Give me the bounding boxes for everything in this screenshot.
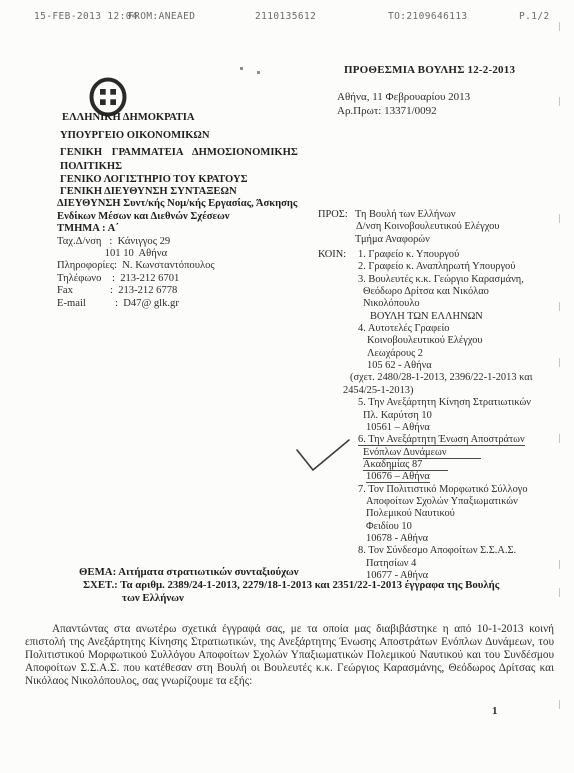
recipient-line: Τη Βουλή των Ελλήνων xyxy=(355,209,570,221)
scan-artifact xyxy=(559,302,560,311)
recipient-line: 2454/25-1-2013) xyxy=(343,385,570,397)
scan-artifact xyxy=(559,700,560,709)
recipient-line: Αποφοίτων Σχολών Υπαξιωματικών xyxy=(366,496,570,508)
recipient-line: 105 62 - Αθήνα xyxy=(367,360,570,372)
handwritten-checkmark-icon xyxy=(294,436,352,478)
recipient-line: 5. Την Ανεξάρτητη Κίνηση Στρατιωτικών xyxy=(358,397,570,409)
recipient-line: 10676 – Αθήνα xyxy=(366,471,570,483)
scan-artifact xyxy=(240,67,243,70)
letterhead-line: Τηλέφωνο : 213-212 6701 xyxy=(57,273,319,285)
scan-artifact xyxy=(559,434,560,443)
page-number: 1 xyxy=(492,705,498,717)
letterhead-line: ΓΕΝΙΚΗ ΔΙΕΥΘΥΝΣΗ ΣΥΝΤΑΞΕΩΝ xyxy=(60,186,319,198)
fax-number: 2110135612 xyxy=(255,11,316,22)
scan-artifact xyxy=(559,358,560,367)
recipient-line: Λεωχάρους 2 xyxy=(367,348,570,360)
letterhead-line: Ταχ.Δ/νση : Κάνιγγος 29 xyxy=(57,236,319,248)
scan-artifact xyxy=(559,214,560,223)
subject-line: των Ελλήνων xyxy=(122,592,557,605)
protocol-number: Αρ.Πρωτ: 13371/0092 xyxy=(337,105,437,117)
fax-page-count: P.1/2 xyxy=(519,11,550,22)
fax-to: TO:2109646113 xyxy=(388,11,468,22)
recipient-line: Νικολόπουλο xyxy=(363,298,570,310)
recipient-line: Δ/νση Κοινοβουλευτικού Ελέγχου xyxy=(356,221,570,233)
letterhead-line: Fax : 213-212 6778 xyxy=(57,285,319,297)
recipient-line: ΒΟΥΛΗ ΤΩΝ ΕΛΛΗΝΩΝ xyxy=(370,311,570,323)
scan-artifact xyxy=(559,588,560,597)
recipient-line: Ακαδημίας 87 xyxy=(363,459,570,471)
fax-datetime: 15-FEB-2013 12:04 xyxy=(34,11,138,22)
letterhead: ΕΛΛΗΝΙΚΗ ΔΗΜΟΚΡΑΤΙΑΥΠΟΥΡΓΕΙΟ ΟΙΚΟΝΟΜΙΚΩΝ… xyxy=(57,112,319,310)
koin-label: ΚΟΙΝ: xyxy=(318,249,346,261)
place-and-date: Αθήνα, 11 Φεβρουαρίου 2013 xyxy=(337,91,470,103)
fax-from: FROM:ANEAED xyxy=(128,11,195,22)
deadline-notice: ΠΡΟΘΕΣΜΙΑ ΒΟΥΛΗΣ 12-2-2013 xyxy=(344,64,515,76)
recipient-line: Κοινοβουλευτικού Ελέγχου xyxy=(367,335,570,347)
scan-artifact xyxy=(257,71,260,74)
letterhead-line: 101 10 Αθήνα xyxy=(57,248,319,260)
scan-artifact xyxy=(559,97,560,106)
letterhead-line: ΤΜΗΜΑ : Α΄ xyxy=(57,223,319,235)
fax-transmission-header: 15-FEB-2013 12:04 FROM:ANEAED 2110135612… xyxy=(0,11,574,25)
recipient-line: 7. Τον Πολιτιστικό Μορφωτικό Σύλλογο xyxy=(358,484,570,496)
recipient-line: Τμήμα Αναφορών xyxy=(355,234,570,246)
subject-line: ΘΕΜΑ: Αιτήματα στρατιωτικών συνταξιούχων xyxy=(79,566,557,579)
letterhead-line: Ενδίκων Μέσων και Διεθνών Σχέσεων xyxy=(57,211,319,223)
recipient-line: 3. Βουλευτές κ.κ. Γεώργιο Καρασμάνη, xyxy=(358,274,570,286)
scan-artifact xyxy=(559,560,560,569)
body-paragraph: Απαντώντας στα ανωτέρω σχετικά έγγραφά σ… xyxy=(25,623,554,688)
recipient-line: 10561 – Αθήνα xyxy=(366,422,570,434)
recipient-line: Θεόδωρο Δρίτσα και Νικόλαο xyxy=(363,286,570,298)
fax-page: 15-FEB-2013 12:04 FROM:ANEAED 2110135612… xyxy=(0,0,574,773)
recipient-line: 6. Την Ανεξάρτητη Ένωση Αποστράτων xyxy=(358,434,570,446)
recipient-line: 2. Γραφείο κ. Αναπληρωτή Υπουργού xyxy=(358,261,570,273)
letterhead-line: ΓΕΝΙΚΗ ΓΡΑΜΜΑΤΕΙΑ ΔΗΜΟΣΙΟΝΟΜΙΚΗΣ xyxy=(60,147,319,159)
recipient-line: 4. Αυτοτελές Γραφείο xyxy=(358,323,570,335)
letterhead-line: ΕΛΛΗΝΙΚΗ ΔΗΜΟΚΡΑΤΙΑ xyxy=(62,112,319,124)
recipient-line: Ενόπλων Δυνάμεων xyxy=(363,447,570,459)
letterhead-line: ΥΠΟΥΡΓΕΙΟ ΟΙΚΟΝΟΜΙΚΩΝ xyxy=(60,130,319,142)
pros-label: ΠΡΟΣ: xyxy=(318,209,348,221)
recipients-block: ΠΡΟΣ: ΚΟΙΝ: Τη Βουλή των ΕλλήνωνΔ/νση Κο… xyxy=(318,209,570,582)
letterhead-line: ΔΙΕΥΘΥΝΣΗ Συντ/κής Νομ/κής Εργασίας, Άσκ… xyxy=(57,198,319,210)
recipient-line: (σχετ. 2480/28-1-2013, 2396/22-1-2013 κα… xyxy=(350,372,570,384)
subject-block: ΘΕΜΑ: Αιτήματα στρατιωτικών συνταξιούχων… xyxy=(79,566,557,606)
recipient-line: Πλ. Καρύτση 10 xyxy=(363,410,570,422)
letterhead-line: ΠΟΛΙΤΙΚΗΣ xyxy=(60,161,319,173)
recipient-line: 8. Τον Σύνδεσμο Αποφοίτων Σ.Σ.Α.Σ. xyxy=(358,545,570,557)
recipient-line: Φειδίου 10 xyxy=(366,521,570,533)
koin-lines: 1. Γραφείο κ. Υπουργού2. Γραφείο κ. Αναπ… xyxy=(355,249,570,582)
recipient-line: Πολεμικού Ναυτικού xyxy=(366,508,570,520)
scan-artifact xyxy=(559,22,560,31)
letterhead-line: ΓΕΝΙΚΟ ΛΟΓΙΣΤΗΡΙΟ ΤΟΥ ΚΡΑΤΟΥΣ xyxy=(60,174,319,186)
subject-line: ΣΧΕΤ.: Τα αριθμ. 2389/24-1-2013, 2279/18… xyxy=(83,579,557,592)
pros-lines: Τη Βουλή των ΕλλήνωνΔ/νση Κοινοβουλευτικ… xyxy=(355,209,570,246)
recipient-line: 1. Γραφείο κ. Υπουργού xyxy=(358,249,570,261)
recipient-line: 10678 - Αθήνα xyxy=(366,533,570,545)
letterhead-line: E-mail : D47@ glk.gr xyxy=(57,298,319,310)
letterhead-line: Πληροφορίες: Ν. Κωνσταντόπουλος xyxy=(57,260,319,272)
